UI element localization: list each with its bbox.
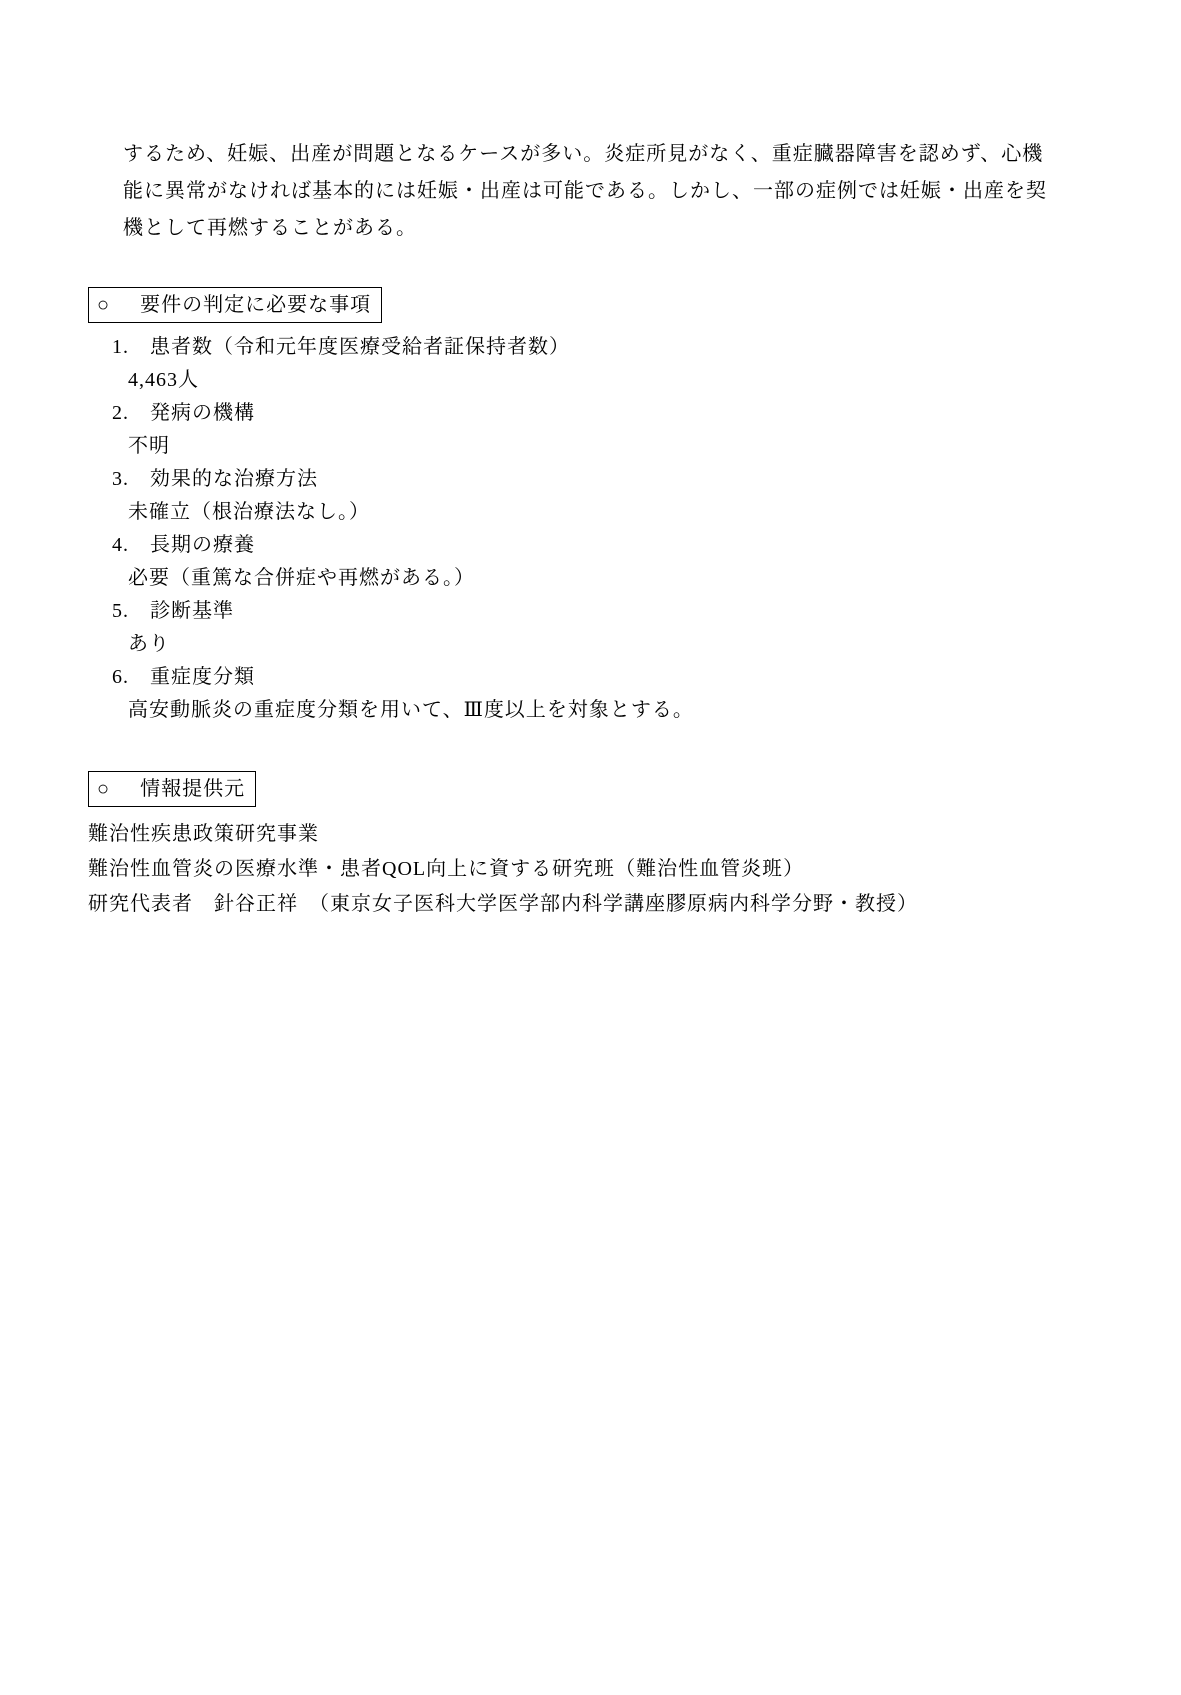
list-item-longterm-care: 4.長期の療養 必要（重篤な合併症や再燃がある。） (88, 529, 1063, 595)
document-page: するため、妊娠、出産が問題となるケースが多い。炎症所見がなく、重症臓器障害を認め… (0, 0, 1181, 1695)
body-paragraph: するため、妊娠、出産が問題となるケースが多い。炎症所見がなく、重症臓器障害を認め… (123, 136, 1063, 247)
item-label-row: 4.長期の療養 (88, 529, 1063, 562)
item-value: 不明 (88, 430, 1063, 463)
paragraph-line: 機として再燃することがある。 (123, 210, 1063, 247)
item-number: 4. (112, 529, 150, 562)
section-marker-circle: ○ (97, 776, 110, 802)
item-label-row: 6.重症度分類 (88, 661, 1063, 694)
item-value: 4,463人 (88, 364, 1063, 397)
item-label: 効果的な治療方法 (150, 468, 318, 490)
section-title: 要件の判定に必要な事項 (140, 294, 371, 316)
item-number: 3. (112, 463, 150, 496)
source-line-research-group: 難治性血管炎の医療水準・患者QOL向上に資する研究班（難治性血管炎班） (88, 852, 1063, 887)
item-label: 重症度分類 (150, 666, 255, 688)
item-label: 診断基準 (150, 600, 234, 622)
item-value: あり (88, 628, 1063, 661)
item-label: 長期の療養 (150, 534, 255, 556)
section-marker-circle: ○ (97, 292, 110, 318)
paragraph-line: するため、妊娠、出産が問題となるケースが多い。炎症所見がなく、重症臓器障害を認め… (123, 136, 1063, 173)
item-label: 発病の機構 (150, 402, 255, 424)
item-label-row: 3.効果的な治療方法 (88, 463, 1063, 496)
item-label: 患者数（令和元年度医療受給者証保持者数） (150, 336, 570, 358)
paragraph-line: 能に異常がなければ基本的には妊娠・出産は可能である。しかし、一部の症例では妊娠・… (123, 173, 1063, 210)
list-item-treatment: 3.効果的な治療方法 未確立（根治療法なし。） (88, 463, 1063, 529)
source-line-program: 難治性疾患政策研究事業 (88, 817, 1063, 852)
section-title: 情報提供元 (140, 778, 245, 800)
item-label-row: 2.発病の機構 (88, 397, 1063, 430)
section-header-information-source: ○情報提供元 (88, 771, 256, 807)
requirements-list: 1.患者数（令和元年度医療受給者証保持者数） 4,463人 2.発病の機構 不明… (88, 331, 1063, 727)
item-value: 必要（重篤な合併症や再燃がある。） (88, 562, 1063, 595)
item-label-row: 5.診断基準 (88, 595, 1063, 628)
information-source-block: 難治性疾患政策研究事業 難治性血管炎の医療水準・患者QOL向上に資する研究班（難… (88, 817, 1063, 922)
item-number: 5. (112, 595, 150, 628)
source-line-representative: 研究代表者 針谷正祥 （東京女子医科大学医学部内科学講座膠原病内科学分野・教授） (88, 887, 1063, 922)
item-label-row: 1.患者数（令和元年度医療受給者証保持者数） (88, 331, 1063, 364)
list-item-mechanism: 2.発病の機構 不明 (88, 397, 1063, 463)
list-item-diagnostic-criteria: 5.診断基準 あり (88, 595, 1063, 661)
list-item-severity-classification: 6.重症度分類 高安動脈炎の重症度分類を用いて、Ⅲ度以上を対象とする。 (88, 661, 1063, 727)
list-item-patients: 1.患者数（令和元年度医療受給者証保持者数） 4,463人 (88, 331, 1063, 397)
item-value: 未確立（根治療法なし。） (88, 496, 1063, 529)
item-number: 2. (112, 397, 150, 430)
section-header-requirements: ○要件の判定に必要な事項 (88, 287, 382, 323)
item-value: 高安動脈炎の重症度分類を用いて、Ⅲ度以上を対象とする。 (88, 694, 1063, 727)
item-number: 1. (112, 331, 150, 364)
item-number: 6. (112, 661, 150, 694)
